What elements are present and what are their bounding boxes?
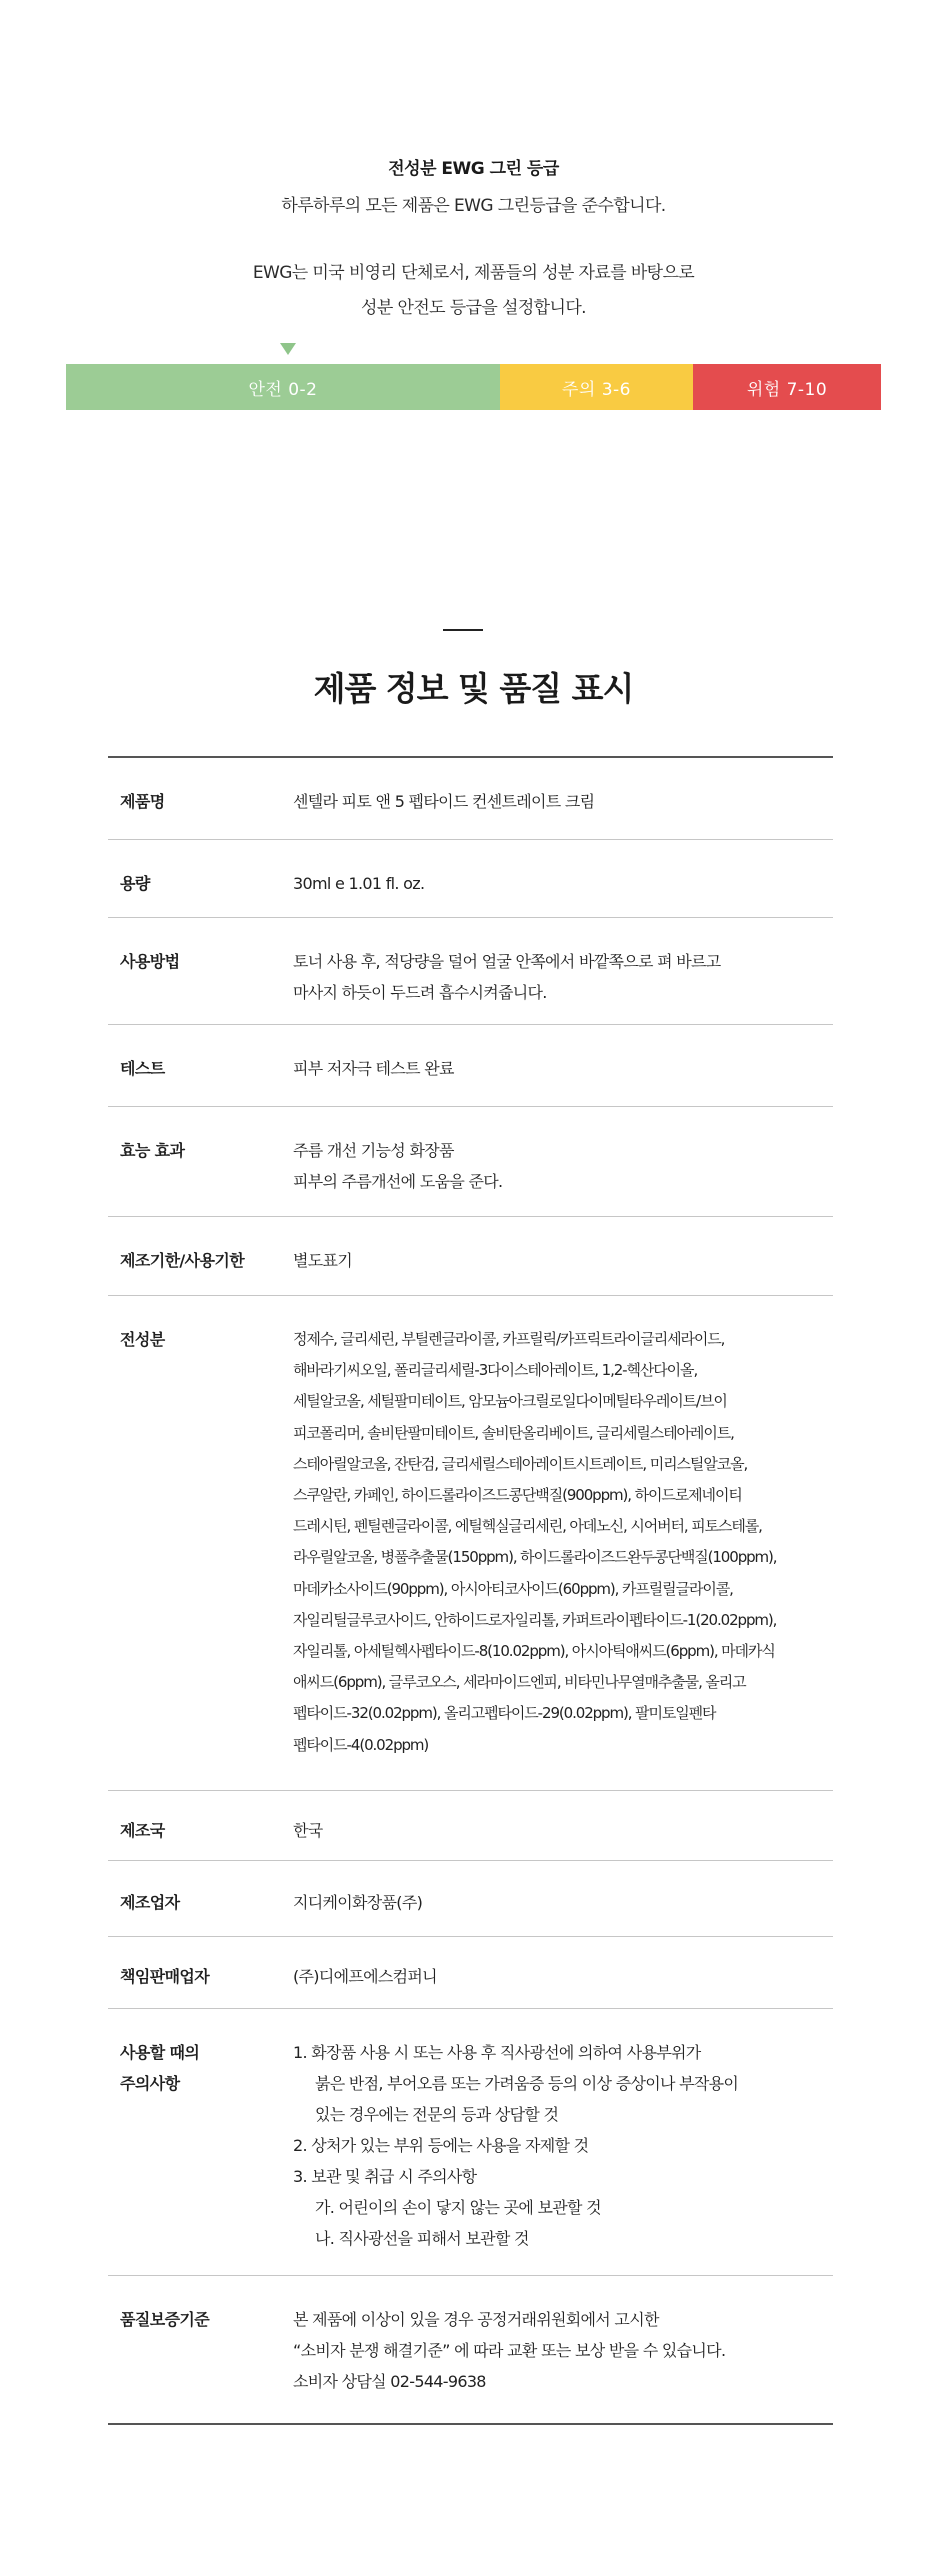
ewg-scale-safe: 안전 0-2 bbox=[66, 364, 500, 410]
row-value: 한국 bbox=[293, 1815, 833, 1860]
row-label-text: 주의사항 bbox=[120, 2068, 293, 2099]
ingredients-list: 정제수, 글리세린, 부틸렌글라이콜, 카프릴릭/카프릭트라이글리세라이드, 해… bbox=[293, 1324, 833, 1790]
row-value: 30ml e 1.01 fl. oz. bbox=[293, 868, 833, 917]
row-value-text: 펩타이드-4(0.02ppm) bbox=[293, 1730, 833, 1761]
product-info-table: 제품명 센텔라 피토 앤 5 펩타이드 컨센트레이트 크림 용량 30ml e … bbox=[108, 756, 833, 2425]
ewg-description-line: EWG는 미국 비영리 단체로서, 제품들의 성분 자료를 바탕으로 bbox=[0, 258, 947, 283]
row-label: 사용할 때의 주의사항 bbox=[108, 2037, 293, 2275]
row-value-text: 가. 어린이의 손이 닿지 않는 곳에 보관할 것 bbox=[293, 2192, 833, 2223]
row-label-text: 효능 효과 bbox=[120, 1135, 293, 1166]
row-value-text: 정제수, 글리세린, 부틸렌글라이콜, 카프릴릭/카프릭트라이글리세라이드, bbox=[293, 1324, 833, 1355]
table-row: 사용방법 토너 사용 후, 적당량을 덜어 얼굴 안쪽에서 바깥쪽으로 펴 바르… bbox=[108, 918, 833, 1025]
row-value-text: 피부의 주름개선에 도움을 준다. bbox=[293, 1166, 833, 1197]
ewg-scale-caution: 주의 3-6 bbox=[500, 364, 693, 410]
row-value: 별도표기 bbox=[293, 1245, 833, 1295]
triangle-down-icon bbox=[280, 343, 296, 355]
ewg-scale-bar: 안전 0-2 주의 3-6 위험 7-10 bbox=[66, 364, 881, 410]
table-row: 제품명 센텔라 피토 앤 5 펩타이드 컨센트레이트 크림 bbox=[108, 758, 833, 840]
row-value-text: 한국 bbox=[293, 1815, 833, 1846]
page-title: 제품 정보 및 품질 표시 bbox=[0, 663, 947, 710]
heading-divider bbox=[443, 629, 483, 631]
ewg-grade-section: 전성분 EWG 그린 등급 하루하루의 모든 제품은 EWG 그린등급을 준수합… bbox=[0, 0, 947, 440]
row-label: 전성분 bbox=[108, 1324, 293, 1790]
row-value-text: 있는 경우에는 전문의 등과 상담할 것 bbox=[293, 2099, 833, 2130]
row-label-text: 제조업자 bbox=[120, 1887, 293, 1918]
row-label: 용량 bbox=[108, 868, 293, 917]
row-label: 테스트 bbox=[108, 1053, 293, 1106]
row-label: 제조업자 bbox=[108, 1887, 293, 1936]
row-value-text: 토너 사용 후, 적당량을 덜어 얼굴 안쪽에서 바깥쪽으로 펴 바르고 bbox=[293, 946, 833, 977]
ewg-description-line: 성분 안전도 등급을 설정합니다. bbox=[0, 293, 947, 318]
row-value-text: 펩타이드-32(0.02ppm), 올리고펩타이드-29(0.02ppm), 팔… bbox=[293, 1698, 833, 1729]
row-value-text: 마데카소사이드(90ppm), 아시아티코사이드(60ppm), 카프릴릴글라이… bbox=[293, 1574, 833, 1605]
row-value-text: 지디케이화장품(주) bbox=[293, 1887, 833, 1918]
row-label-text: 사용방법 bbox=[120, 946, 293, 977]
table-row: 효능 효과 주름 개선 기능성 화장품 피부의 주름개선에 도움을 준다. bbox=[108, 1107, 833, 1217]
row-value: 피부 저자극 테스트 완료 bbox=[293, 1053, 833, 1106]
table-row: 책임판매업자 (주)디에프에스컴퍼니 bbox=[108, 1937, 833, 2009]
row-value-text: 마사지 하듯이 두드려 흡수시켜줍니다. bbox=[293, 977, 833, 1008]
row-value: 지디케이화장품(주) bbox=[293, 1887, 833, 1936]
row-value-text: “소비자 분쟁 해결기준” 에 따라 교환 또는 보상 받을 수 있습니다. bbox=[293, 2335, 833, 2366]
ewg-scale-label: 위험 7-10 bbox=[747, 375, 827, 400]
row-value-text: 해바라기씨오일, 폴리글리세릴-3다이스테아레이트, 1,2-헥산다이올, bbox=[293, 1355, 833, 1386]
table-row: 전성분 정제수, 글리세린, 부틸렌글라이콜, 카프릴릭/카프릭트라이글리세라이… bbox=[108, 1296, 833, 1791]
row-value-text: 붉은 반점, 부어오름 또는 가려움증 등의 이상 증상이나 부작용이 bbox=[293, 2068, 833, 2099]
row-value-text: 3. 보관 및 취급 시 주의사항 bbox=[293, 2161, 833, 2192]
row-label: 품질보증기준 bbox=[108, 2304, 293, 2423]
ewg-description-line: 하루하루의 모든 제품은 EWG 그린등급을 준수합니다. bbox=[0, 191, 947, 216]
row-label: 제품명 bbox=[108, 786, 293, 839]
row-value: (주)디에프에스컴퍼니 bbox=[293, 1961, 833, 2008]
table-row: 제조기한/사용기한 별도표기 bbox=[108, 1217, 833, 1296]
row-value: 토너 사용 후, 적당량을 덜어 얼굴 안쪽에서 바깥쪽으로 펴 바르고 마사지… bbox=[293, 946, 833, 1024]
row-value-text: 자일리톨, 아세틸헥사펩타이드-8(10.02ppm), 아시아틱애씨드(6pp… bbox=[293, 1636, 833, 1667]
table-row: 품질보증기준 본 제품에 이상이 있을 경우 공정거래위원회에서 고시한 “소비… bbox=[108, 2276, 833, 2423]
caution-list: 1. 화장품 사용 시 또는 사용 후 직사광선에 의하여 사용부위가 붉은 반… bbox=[293, 2037, 833, 2275]
row-label: 책임판매업자 bbox=[108, 1961, 293, 2008]
row-label: 제조기한/사용기한 bbox=[108, 1245, 293, 1295]
row-value-text: 드레시틴, 펜틸렌글라이콜, 에틸헥실글리세린, 아데노신, 시어버터, 피토스… bbox=[293, 1511, 833, 1542]
table-row: 제조업자 지디케이화장품(주) bbox=[108, 1861, 833, 1937]
row-value-text: 스테아릴알코올, 잔탄검, 글리세릴스테아레이트시트레이트, 미리스틸알코올, bbox=[293, 1449, 833, 1480]
row-label-text: 책임판매업자 bbox=[120, 1961, 293, 1992]
row-value: 센텔라 피토 앤 5 펩타이드 컨센트레이트 크림 bbox=[293, 786, 833, 839]
row-label: 제조국 bbox=[108, 1815, 293, 1860]
row-value-text: 본 제품에 이상이 있을 경우 공정거래위원회에서 고시한 bbox=[293, 2304, 833, 2335]
row-value-text: 30ml e 1.01 fl. oz. bbox=[293, 868, 833, 899]
row-label-text: 제조기한/사용기한 bbox=[120, 1245, 293, 1276]
row-value: 주름 개선 기능성 화장품 피부의 주름개선에 도움을 준다. bbox=[293, 1135, 833, 1216]
row-value-text: 피코폴리머, 솔비탄팔미테이트, 솔비탄올리베이트, 글리세릴스테아레이트, bbox=[293, 1418, 833, 1449]
row-value-text: 세틸알코올, 세틸팔미테이트, 암모늄아크릴로일다이메틸타우레이트/브이 bbox=[293, 1386, 833, 1417]
row-value-text: 피부 저자극 테스트 완료 bbox=[293, 1053, 833, 1084]
row-value-text: 1. 화장품 사용 시 또는 사용 후 직사광선에 의하여 사용부위가 bbox=[293, 2037, 833, 2068]
row-label-text: 제조국 bbox=[120, 1815, 293, 1846]
consumer-phone: 소비자 상담실 02-544-9638 bbox=[293, 2366, 833, 2397]
table-row: 제조국 한국 bbox=[108, 1791, 833, 1861]
row-label: 효능 효과 bbox=[108, 1135, 293, 1216]
row-value-text: 나. 직사광선을 피해서 보관할 것 bbox=[293, 2223, 833, 2254]
row-value-text: (주)디에프에스컴퍼니 bbox=[293, 1961, 833, 1992]
row-value-text: 스쿠알란, 카페인, 하이드롤라이즈드콩단백질(900ppm), 하이드로제네이… bbox=[293, 1480, 833, 1511]
row-value-text: 2. 상처가 있는 부위 등에는 사용을 자제할 것 bbox=[293, 2130, 833, 2161]
row-label-text: 용량 bbox=[120, 868, 293, 899]
table-row: 사용할 때의 주의사항 1. 화장품 사용 시 또는 사용 후 직사광선에 의하… bbox=[108, 2009, 833, 2276]
row-value-text: 센텔라 피토 앤 5 펩타이드 컨센트레이트 크림 bbox=[293, 786, 833, 817]
ewg-scale-danger: 위험 7-10 bbox=[693, 364, 881, 410]
row-label-text: 제품명 bbox=[120, 786, 293, 817]
row-label-text: 품질보증기준 bbox=[120, 2304, 293, 2335]
row-label-text: 사용할 때의 bbox=[120, 2037, 293, 2068]
ewg-scale-label: 주의 3-6 bbox=[562, 375, 631, 400]
ewg-scale-label: 안전 0-2 bbox=[248, 375, 317, 400]
table-row: 용량 30ml e 1.01 fl. oz. bbox=[108, 840, 833, 918]
row-value-text: 라우릴알코올, 병풀추출물(150ppm), 하이드롤라이즈드완두콩단백질(10… bbox=[293, 1542, 833, 1573]
row-value-text: 애씨드(6ppm), 글루코오스, 세라마이드엔피, 비타민나무열매추출물, 올… bbox=[293, 1667, 833, 1698]
table-row: 테스트 피부 저자극 테스트 완료 bbox=[108, 1025, 833, 1107]
row-value: 본 제품에 이상이 있을 경우 공정거래위원회에서 고시한 “소비자 분쟁 해결… bbox=[293, 2304, 833, 2423]
row-value-text: 주름 개선 기능성 화장품 bbox=[293, 1135, 833, 1166]
row-value-text: 별도표기 bbox=[293, 1245, 833, 1276]
row-label-text: 테스트 bbox=[120, 1053, 293, 1084]
row-label-text: 전성분 bbox=[120, 1324, 293, 1355]
ewg-title: 전성분 EWG 그린 등급 bbox=[0, 154, 947, 179]
row-label: 사용방법 bbox=[108, 946, 293, 1024]
row-value-text: 자일리틸글루코사이드, 안하이드로자일리톨, 카퍼트라이펩타이드-1(20.02… bbox=[293, 1605, 833, 1636]
